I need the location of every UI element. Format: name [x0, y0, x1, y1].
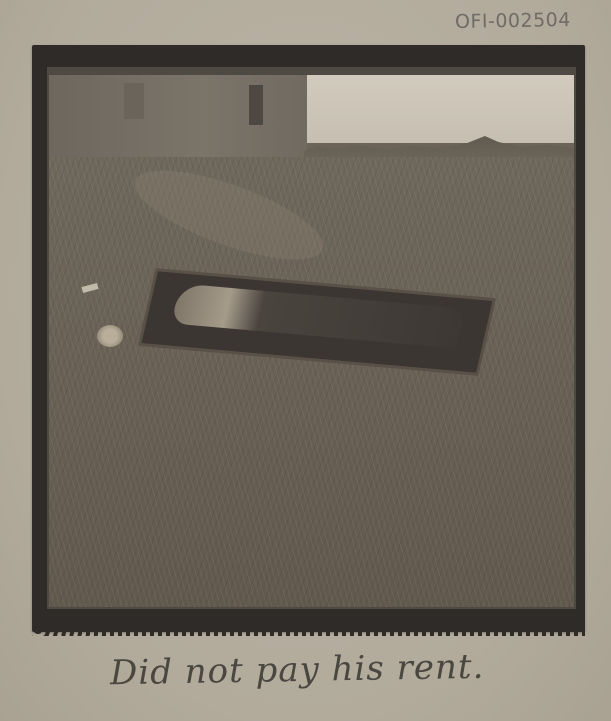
photo-print [32, 45, 585, 632]
photograph [47, 67, 576, 609]
shrouded-body [171, 283, 465, 348]
brick-building [49, 75, 307, 163]
building-window [124, 83, 144, 119]
grass-field [49, 157, 574, 607]
accession-number: OFI-002504 [455, 9, 571, 33]
hat-on-grass [97, 325, 123, 347]
handwritten-caption: Did not pay his rent. [110, 647, 485, 694]
building-window [249, 85, 263, 125]
archival-card: OFI-002504 Did not pay his rent. [0, 0, 611, 721]
sky [304, 75, 574, 143]
